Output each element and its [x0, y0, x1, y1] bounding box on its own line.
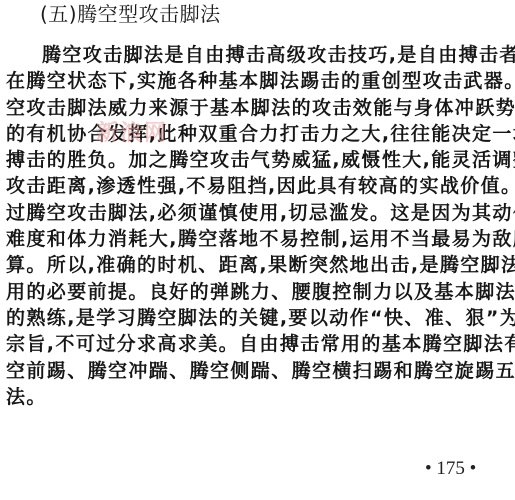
text-line: 宗旨,不可过分求高求美。自由搏击常用的基本腾空脚法有腾 [6, 331, 506, 357]
section-heading: (五)腾空型攻击脚法 [40, 2, 221, 26]
text-line: 用的必要前提。良好的弹跳力、腰腹控制力以及基本脚法技术 [6, 279, 506, 305]
page-number: • 175 • [425, 458, 476, 480]
text-line: 空前踢、腾空冲踹、腾空侧踹、腾空横扫踢和腾空旋踢五种技 [6, 358, 506, 384]
text-line: 的熟练,是学习腾空脚法的关键,要以动作“快、准、狠”为练习 [6, 305, 506, 331]
text-line: 腾空攻击脚法是自由搏击高级攻击技巧,是自由搏击者 [6, 42, 506, 68]
text-line: 过腾空攻击脚法,必须谨慎使用,切忌滥发。这是因为其动作 [6, 200, 506, 226]
text-line: 算。所以,准确的时机、距离,果断突然地出击,是腾空脚法运 [6, 252, 506, 278]
text-line: 空攻击脚法威力来源于基本脚法的攻击效能与身体冲跃势能 [6, 95, 506, 121]
text-line: 难度和体力消耗大,腾空落地不易控制,运用不当最易为敌所 [6, 226, 506, 252]
text-line: 搏击的胜负。加之腾空攻击气势威猛,威慑性大,能灵活调整 [6, 147, 506, 173]
text-line: 攻击距离,渗透性强,不易阻挡,因此具有较高的实战价值。不 [6, 173, 506, 199]
text-line: 法。 [6, 384, 506, 410]
text-line: 的有机协合发挥,此种双重合力打击力之大,往往能决定一场 [6, 121, 506, 147]
text-line: 在腾空状态下,实施各种基本脚法踢击的重创型攻击武器。腾 [6, 68, 506, 94]
body-paragraph: 腾空攻击脚法是自由搏击高级攻击技巧,是自由搏击者 在腾空状态下,实施各种基本脚法… [6, 42, 506, 410]
